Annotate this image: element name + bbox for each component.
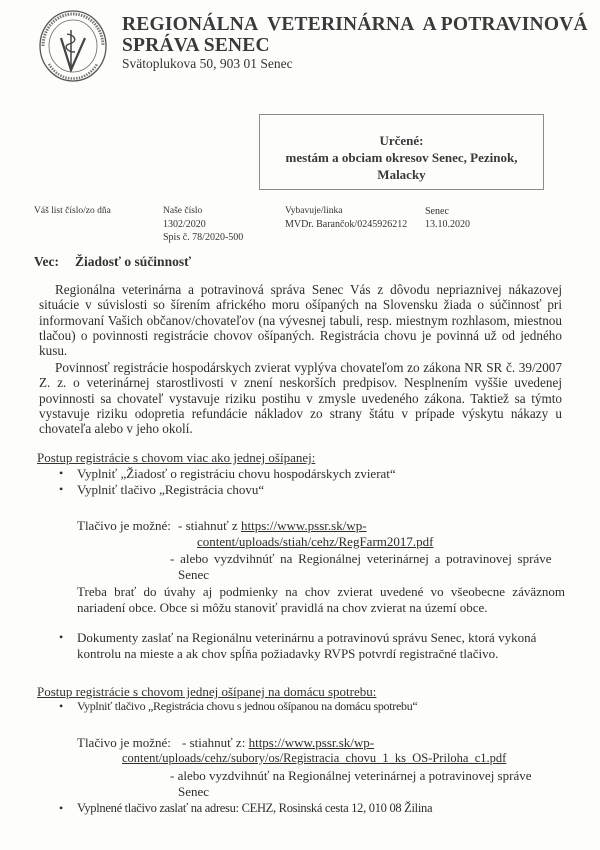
your-letter-label: Váš list číslo/zo dňa xyxy=(34,205,111,218)
section2-download-prefix: - stiahnuť z: xyxy=(182,735,249,750)
section1-pickup-cont: Senec xyxy=(178,567,209,583)
organization-address: Svätoplukova 50, 903 01 Senec xyxy=(122,56,293,72)
date: 13.10.2020 xyxy=(425,218,470,231)
place: Senec xyxy=(425,205,470,218)
subject-label: Vec: xyxy=(34,254,59,269)
organization-name-line1: REGIONÁLNA VETERINÁRNA A POTRAVINOVÁ xyxy=(122,14,562,35)
handler-block: Vybavuje/linka MVDr. Barančok/0245926212 xyxy=(285,205,407,231)
section1-heading: Postup registrácie s chovom viac ako jed… xyxy=(37,450,315,466)
section2-pickup-cont: Senec xyxy=(178,784,209,800)
section1-download-prefix: - stiahnuť z xyxy=(178,518,241,533)
section2-bullet-1: Vyplniť tlačivo „Registrácia chovu s jed… xyxy=(37,699,577,715)
veterinary-seal-icon xyxy=(37,8,109,84)
handler-value: MVDr. Barančok/0245926212 xyxy=(285,218,407,231)
section1-bullet-2: Vyplniť tlačivo „Registrácia chovu“ xyxy=(37,482,567,498)
our-number-label: Naše číslo xyxy=(163,205,243,218)
section1-note: Treba brať do úvahy aj podmienky na chov… xyxy=(77,584,565,615)
recipient-label: Určené: xyxy=(260,132,543,149)
our-number-value: 1302/2020 xyxy=(163,218,243,231)
section2-pickup: - alebo vyzdvihnúť na Regionálnej veteri… xyxy=(170,768,531,784)
section2-heading: Postup registrácie s chovom jednej ošípa… xyxy=(37,684,376,700)
section1-bullets: Vyplniť „Žiadosť o registráciu chovu hos… xyxy=(37,466,567,497)
recipient-box: Určené: mestám a obciam okresov Senec, P… xyxy=(259,114,544,190)
section1-bullet-3: Dokumenty zaslať na Regionálnu veterinár… xyxy=(37,630,567,661)
section1-form-label: Tlačivo je možné: xyxy=(77,518,171,534)
organization-name: REGIONÁLNA VETERINÁRNA A POTRAVINOVÁ SPR… xyxy=(122,14,562,56)
paragraph-1-text: Regionálna veterinárna a potravinová spr… xyxy=(39,282,562,358)
recipient-line1: mestám a obciam okresov Senec, Pezinok, xyxy=(260,149,543,166)
section1-bullet-3-block: Dokumenty zaslať na Regionálnu veterinár… xyxy=(37,630,567,661)
recipient-line2: Malacky xyxy=(260,166,543,183)
organization-name-line2: SPRÁVA SENEC xyxy=(122,35,562,56)
section2-download: - stiahnuť z: https://www.pssr.sk/wp- xyxy=(182,735,374,751)
section1-download: - stiahnuť z https://www.pssr.sk/wp- xyxy=(178,518,367,534)
section1-download-link[interactable]: https://www.pssr.sk/wp- xyxy=(241,518,367,533)
paragraph-2-text: Povinnosť registrácie hospodárskych zvie… xyxy=(39,360,562,436)
file-number: Spis č. 78/2020-500 xyxy=(163,231,243,244)
handler-label: Vybavuje/linka xyxy=(285,205,407,218)
section2-download-link-cont[interactable]: content/uploads/cehz/subory/os/Registrac… xyxy=(122,751,506,767)
section2-download-link[interactable]: https://www.pssr.sk/wp- xyxy=(249,735,375,750)
subject-line: Vec:Žiadosť o súčinnosť xyxy=(34,254,191,270)
section2-bullet-1-block: Vyplniť tlačivo „Registrácia chovu s jed… xyxy=(37,699,577,715)
subject-text: Žiadosť o súčinnosť xyxy=(75,254,191,269)
body-paragraph-1: Regionálna veterinárna a potravinová spr… xyxy=(39,282,562,358)
section1-bullet-1: Vyplniť „Žiadosť o registráciu chovu hos… xyxy=(37,466,567,482)
section1-download-link-cont[interactable]: content/uploads/stiah/cehz/RegFarm2017.p… xyxy=(197,534,433,550)
body-paragraph-2: Povinnosť registrácie hospodárskych zvie… xyxy=(39,360,562,436)
section1-pickup: - alebo vyzdvihnúť na Regionálnej veteri… xyxy=(170,551,565,567)
our-number-block: Naše číslo 1302/2020 Spis č. 78/2020-500 xyxy=(163,205,243,244)
section2-form-label: Tlačivo je možné: xyxy=(77,735,171,751)
section2-bullet-2: Vyplnené tlačivo zaslať na adresu: CEHZ,… xyxy=(37,801,577,817)
date-block: Senec 13.10.2020 xyxy=(425,205,470,231)
section2-bullet-2-block: Vyplnené tlačivo zaslať na adresu: CEHZ,… xyxy=(37,801,577,817)
